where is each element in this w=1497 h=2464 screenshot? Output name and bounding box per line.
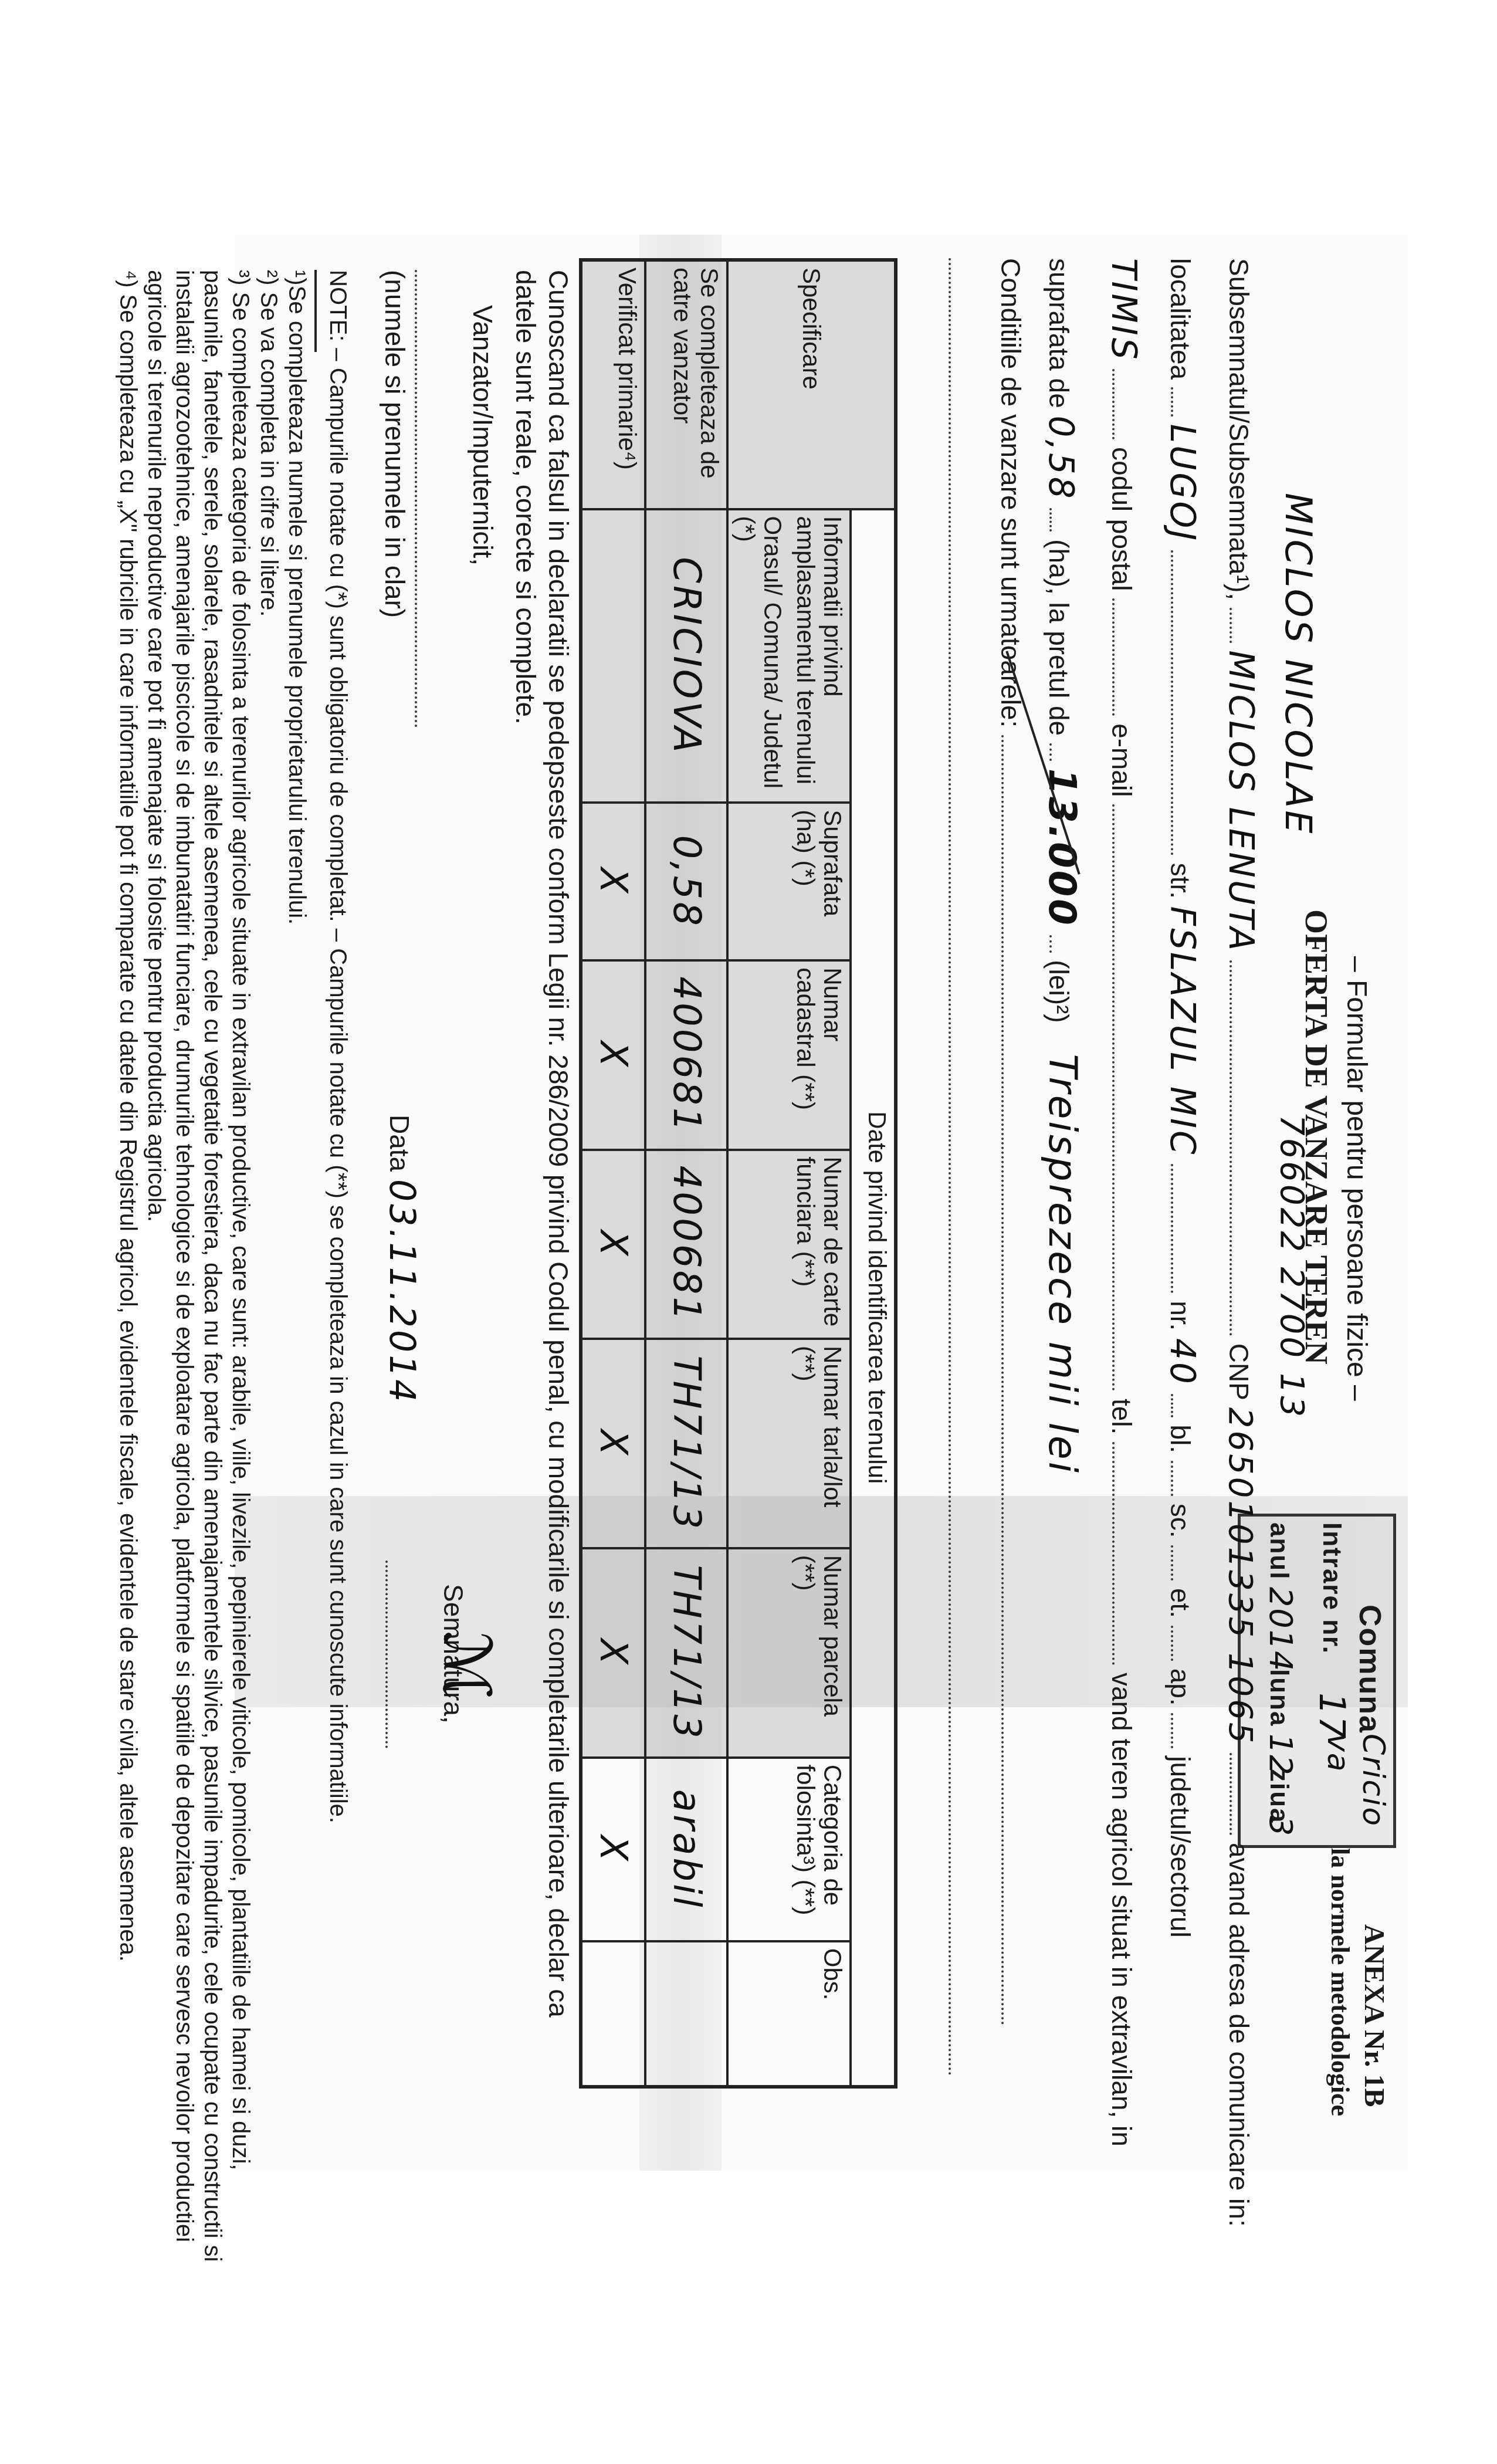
col-header-locality: Informatii privind amplasamentul terenul… — [727, 509, 851, 803]
footnote-2: ²) Se va completa in cifre si litere. — [255, 270, 283, 617]
cell-tarla: TH71/13 — [645, 1339, 727, 1548]
seller-name-row: Subsemnatul/Subsemnata¹), MICLOS LENUTA … — [1221, 258, 1261, 2227]
registration-stamp: Comuna Cricio va Intrare nr. 17 anul 201… — [1238, 1514, 1396, 1848]
cell-cadastral: 400681 — [645, 960, 727, 1149]
name-clear-label: (numele si prenumele in clar) — [379, 270, 411, 618]
address-row: localitatea LUGOJ str. FSLAZUL MIC nr. 4… — [1163, 258, 1203, 1938]
footnote-4: ⁴) Se completeaza cu „X" rubricile in ca… — [114, 270, 142, 1962]
group-header: Date privind identificarea terenului — [851, 509, 896, 2087]
footnote-3: ³) Se completeaza categoria de folosinta… — [226, 270, 255, 2170]
street-label: str. — [1165, 863, 1195, 899]
cell-tarla: X — [581, 1339, 645, 1548]
stamp-commune-label: Comuna — [1352, 1605, 1387, 1734]
floor-label: et. — [1165, 1588, 1195, 1618]
footnote-1: ¹)Se completeaza numele si prenumele pro… — [283, 270, 311, 925]
land-identification-table: Specificare Date privind identificarea t… — [579, 258, 897, 2089]
form-type: – Formular pentru persoane fizice – — [1340, 956, 1373, 1401]
postal-label: codul postal — [1106, 447, 1137, 591]
col-header-land-book: Numar de carte funciara (**) — [727, 1150, 851, 1339]
annex-subtitle: la normele metodologice — [1325, 1848, 1355, 2116]
seller-name-line1: MICLOS NICOLAE — [1277, 493, 1320, 835]
stamp-commune-value: Cricio va — [1320, 1734, 1391, 1845]
phone-label: tel. — [1106, 1399, 1137, 1434]
conditions-label: Conditiile de vanzare sunt urmatoarele: — [995, 258, 1026, 727]
col-header-parcel: Numar parcela (**) — [727, 1548, 851, 1758]
col-header-tarla: Numar tarla/lot (**) — [727, 1339, 851, 1548]
notes-line: NOTE: – Campurile notate cu (*) sunt obl… — [324, 270, 352, 1823]
footnote-3-cont-3: agricole si terenurile neproductive care… — [142, 270, 170, 1222]
stamp-month-label: luna — [1264, 1669, 1293, 1727]
handwritten-number: 766022 2700 13 — [1273, 1115, 1311, 1419]
date-row: Data 03.11.2014 — [381, 1115, 422, 1404]
notes-title: NOTE: — [325, 270, 351, 341]
offer-text: vand teren agricol situat in extravilan,… — [1106, 1673, 1137, 2147]
conditions-line-2 — [942, 258, 974, 2077]
cnp-value: 2650101335 1065 — [1221, 1407, 1259, 1746]
cell-obs — [581, 1941, 645, 2087]
signature-mark: ℳ — [429, 1631, 504, 1703]
cell-parcel: TH71/13 — [645, 1548, 727, 1758]
stamp-entry-label: Intrare nr. — [1317, 1522, 1346, 1654]
email-label: e-mail — [1106, 723, 1137, 797]
date-label: Data — [384, 1115, 415, 1172]
name-clear-row — [408, 270, 440, 727]
price-value: 13.000 — [1040, 769, 1083, 928]
area-value: 0,58 — [1041, 416, 1081, 501]
address-intro: avand adresa de comunicare in: — [1224, 1843, 1254, 2227]
locality-value: LUGOJ — [1163, 424, 1203, 543]
col-header-category: Categoria de folosinta³) (**) — [727, 1758, 851, 1941]
col-header-cadastral: Numar cadastral (**) — [727, 960, 851, 1149]
number-value: 40 — [1163, 1338, 1203, 1386]
county-label: judetul/sectorul — [1165, 1756, 1195, 1937]
cell-cadastral: X — [581, 960, 645, 1149]
conditions-row: Conditiile de vanzare sunt urmatoarele: — [995, 258, 1027, 2026]
cell-area: 0,58 — [645, 803, 727, 960]
price-row: suprafata de 0,58 (ha), la pretul de 13.… — [1040, 258, 1085, 1475]
table-row-seller: Se completeaza de catre vanzator CRICIOV… — [645, 260, 727, 2087]
footnote-3-cont-2: instalatii agrozootehnice, amenajarile p… — [170, 270, 198, 2242]
number-label: nr. — [1165, 1301, 1195, 1331]
seller-name-label: Subsemnatul/Subsemnata¹), — [1224, 258, 1254, 600]
document-page: Comuna Cricio va Intrare nr. 17 anul 201… — [235, 235, 1408, 2171]
contact-row: TIMIS codul postal e-mail tel. vand tere… — [1104, 258, 1144, 2147]
signature-line — [379, 1561, 411, 1748]
row-label: Se completeaza de catre vanzator — [645, 260, 727, 509]
footnote-3-cont-1: pasunile, fanetele, serele, solarele, ra… — [198, 270, 226, 2262]
table-row-verified: Verificat primarie⁴) X X X X X X — [581, 260, 645, 2087]
area-label: suprafata de — [1044, 258, 1074, 408]
price-unit: (lei)²) — [1044, 960, 1074, 1023]
cell-category: arabil — [645, 1758, 727, 1941]
cell-area: X — [581, 803, 645, 960]
stamp-entry-value: 17 — [1311, 1693, 1352, 1739]
seller-name-line2: MICLOS LENUTA — [1221, 651, 1261, 953]
declaration-text: Cunoscand ca falsul in declaratii se ped… — [509, 270, 575, 2089]
cell-parcel: X — [581, 1548, 645, 1758]
locality-label: localitatea — [1165, 258, 1195, 380]
annex-title: ANEXA Nr. 1B — [1358, 1924, 1390, 2107]
seller-signatory-label: Vanzator/Imputernicit, — [467, 305, 499, 566]
col-header-specificare: Specificare — [727, 260, 896, 509]
cell-locality — [581, 509, 645, 803]
cell-locality: CRICIOVA — [645, 509, 727, 803]
stamp-year-label: anul — [1264, 1522, 1293, 1580]
price-words: Treisprezece mii lei — [1040, 1054, 1085, 1475]
block-label: bl. — [1165, 1424, 1195, 1453]
footnote-separator — [314, 270, 317, 352]
date-value: 03.11.2014 — [381, 1179, 422, 1404]
area-unit: (ha), la pretul de — [1044, 539, 1074, 736]
cell-obs — [645, 1941, 727, 2087]
cell-land-book: 400681 — [645, 1150, 727, 1339]
row-label: Verificat primarie⁴) — [581, 260, 645, 509]
cell-land-book: X — [581, 1150, 645, 1339]
stamp-year-value: 2014 — [1262, 1587, 1299, 1672]
county-value: TIMIS — [1104, 258, 1144, 362]
cell-category: X — [581, 1758, 645, 1941]
notes-text: – Campurile notate cu (*) sunt obligator… — [325, 348, 351, 1823]
col-header-area: Suprafata (ha) (*) — [727, 803, 851, 960]
stair-label: sc. — [1165, 1504, 1195, 1538]
street-value: FSLAZUL MIC — [1163, 906, 1203, 1157]
subgroup-header: Informatii privind amplasamentul terenul… — [792, 516, 846, 796]
col-header-obs: Obs. — [727, 1941, 851, 2087]
cnp-label: CNP — [1224, 1343, 1254, 1400]
stamp-day-value: 3 — [1262, 1816, 1299, 1837]
apt-label: ap. — [1165, 1668, 1195, 1706]
